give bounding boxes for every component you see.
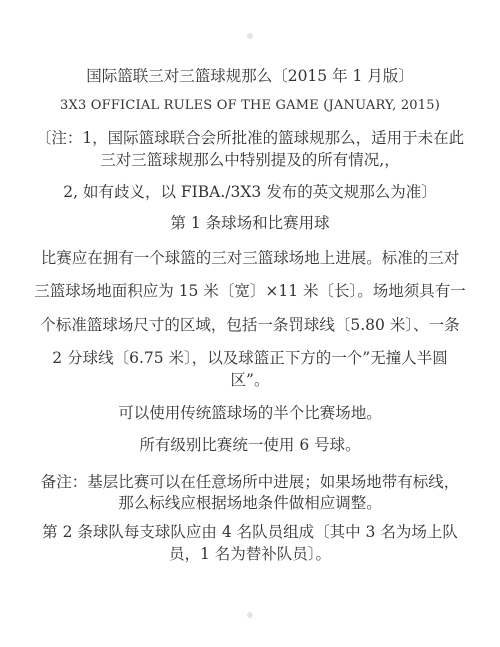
article-1-para-line: 比赛应在拥有一个球篮的三对三篮球场地上进展。标准的三对: [0, 248, 500, 268]
article-1-para-line: 个标准篮球场尺寸的区域，包括一条罚球线〔5.80 米〕、一条: [0, 315, 500, 335]
remark-line: 那么标线应根据场地条件做相应调整。: [0, 493, 500, 513]
document-subtitle: 3X3 OFFICIAL RULES OF THE GAME (JANUARY,…: [0, 96, 500, 116]
document-title: 国际篮联三对三篮球规那么〔2015 年 1 月版〕: [0, 66, 500, 86]
note-line-1: 〔注：1，国际篮球联合会所批准的篮球规那么，适用于未在此: [0, 128, 500, 148]
page-footer-mark: [247, 612, 253, 618]
article-1-para-line: 区”。: [0, 370, 500, 390]
remark-line: 备注：基层比赛可以在任意场所中进展；如果场地带有标线，: [0, 472, 500, 492]
article-1-para-line: 三篮球场地面积应为 15 米〔宽〕×11 米〔长〕。场地须具有一: [0, 281, 500, 301]
page-header-mark: [247, 33, 253, 39]
ball-size-text: 所有级别比赛统一使用 6 号球。: [0, 435, 500, 455]
article-2-line: 员，1 名为替补队员〕。: [0, 544, 500, 564]
article-1-para-line: 2 分球线〔6.75 米〕，以及球篮正下方的一个”无撞人半圆: [0, 348, 500, 368]
article-1-heading: 第 1 条球场和比赛用球: [0, 213, 500, 233]
note-line-2: 三对三篮球规那么中特别提及的所有情况,，: [0, 150, 500, 170]
half-court-text: 可以使用传统篮球场的半个比赛场地。: [0, 403, 500, 423]
article-2-line: 第 2 条球队每支球队应由 4 名队员组成〔其中 3 名为场上队: [0, 522, 500, 542]
note-line-3: 2, 如有歧义，以 FIBA./3X3 发布的英文规那么为准〕: [0, 182, 500, 202]
